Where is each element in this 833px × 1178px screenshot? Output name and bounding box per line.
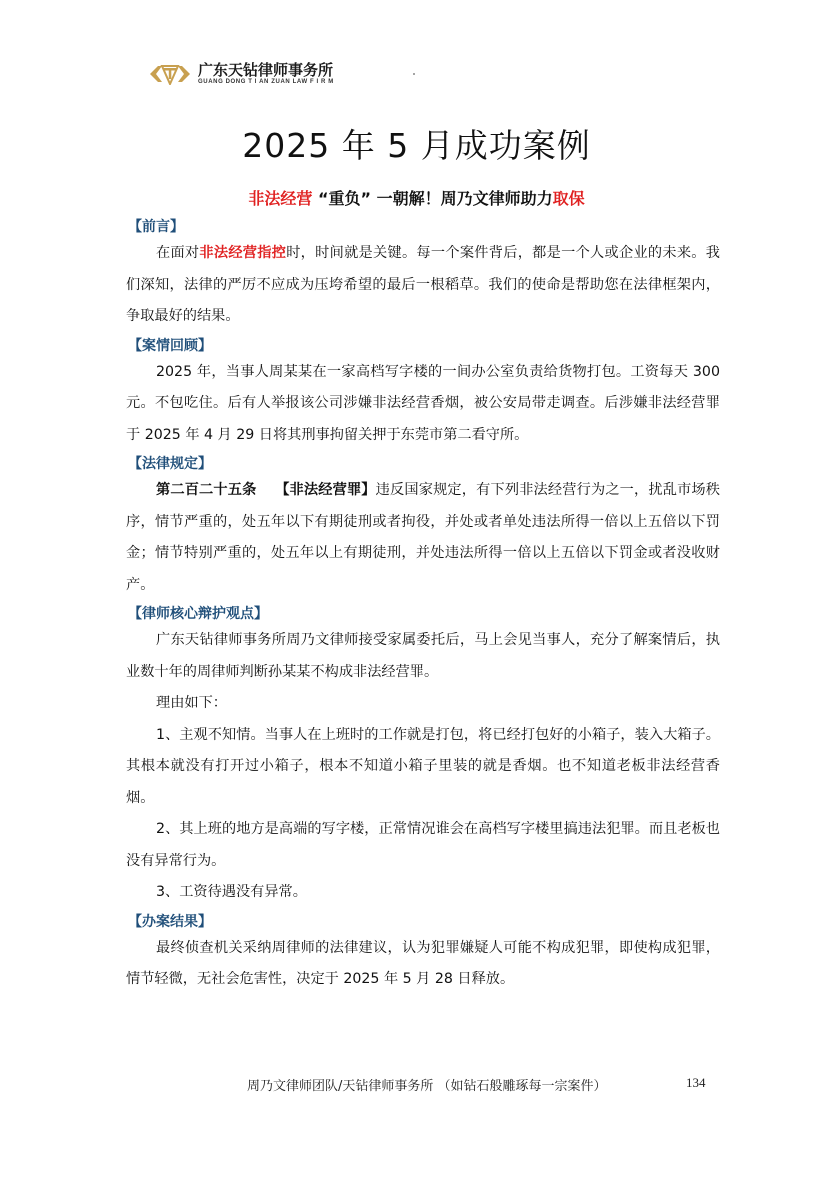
result-paragraph: 最终侦查机关采纳周律师的法律建议，认为犯罪嫌疑人可能不构成犯罪，即使构成犯罪，情…	[126, 933, 720, 996]
preface-paragraph: 在面对非法经营指控时，时间就是关键。每一个案件背后，都是一个人或企业的未来。我们…	[126, 238, 720, 333]
subtitle-red-suffix: 取保	[553, 189, 585, 208]
preface-text-start: 在面对	[156, 245, 199, 261]
stray-dot	[413, 73, 415, 75]
case-review-paragraph: 2025 年，当事人周某某在一家高档写字楼的一间办公室负责给货物打包。工资每天 …	[126, 357, 720, 452]
firm-name: 广东天钻律师事务所 GUANG DONG T I AN ZUAN LAW F I…	[198, 63, 334, 85]
defense-paragraph: 广东天钻律师事务所周乃文律师接受家属委托后，马上会见当事人，充分了解案情后，执业…	[126, 625, 720, 688]
provision-text: 违反国家规定，有下列非法经营行为之一，扰乱市场秩序，情节严重的，处五年以下有期徒…	[126, 482, 720, 593]
defense-reason-3: 3、工资待遇没有异常。	[126, 877, 720, 909]
page-title: 2025 年 5 月成功案例	[0, 120, 833, 167]
firm-header: 广东天钻律师事务所 GUANG DONG T I AN ZUAN LAW F I…	[148, 62, 334, 86]
subtitle-red-prefix: 非法经营	[248, 189, 312, 208]
firm-name-cn: 广东天钻律师事务所	[198, 63, 334, 78]
preface-red-emphasis: 非法经营指控	[199, 245, 286, 261]
section-heading-legal-provision: 【法律规定】	[128, 453, 720, 475]
legal-provision-paragraph: 第二百二十五条 【非法经营罪】违反国家规定，有下列非法经营行为之一，扰乱市场秩序…	[126, 475, 720, 601]
firm-name-en: GUANG DONG T I AN ZUAN LAW F I R M	[198, 79, 334, 85]
section-heading-case-review: 【案情回顾】	[128, 335, 720, 357]
subtitle-middle: “重负” 一朝解！周乃文律师助力	[312, 189, 552, 208]
article-number: 第二百二十五条	[156, 482, 256, 498]
document-body: 【前言】 在面对非法经营指控时，时间就是关键。每一个案件背后，都是一个人或企业的…	[126, 216, 720, 996]
section-heading-defense: 【律师核心辩护观点】	[128, 603, 720, 625]
diamond-t-logo-icon	[148, 63, 192, 85]
page-number: 134	[686, 1075, 706, 1091]
defense-reason-1: 1、主观不知情。当事人在上班时的工作就是打包，将已经打包好的小箱子，装入大箱子。…	[126, 720, 720, 815]
case-subtitle: 非法经营 “重负” 一朝解！周乃文律师助力取保	[0, 186, 833, 209]
page-footer: 周乃文律师团队/天钻律师事务所 （如钻石般雕琢每一宗案件）	[247, 1075, 607, 1094]
section-heading-result: 【办案结果】	[128, 911, 720, 933]
defense-reason-2: 2、其上班的地方是高端的写字楼，正常情况谁会在高档写字楼里搞违法犯罪。而且老板也…	[126, 814, 720, 877]
crime-name: 【非法经营罪】	[275, 482, 375, 498]
section-heading-preface: 【前言】	[128, 216, 720, 238]
defense-reasons-intro: 理由如下：	[126, 688, 720, 720]
